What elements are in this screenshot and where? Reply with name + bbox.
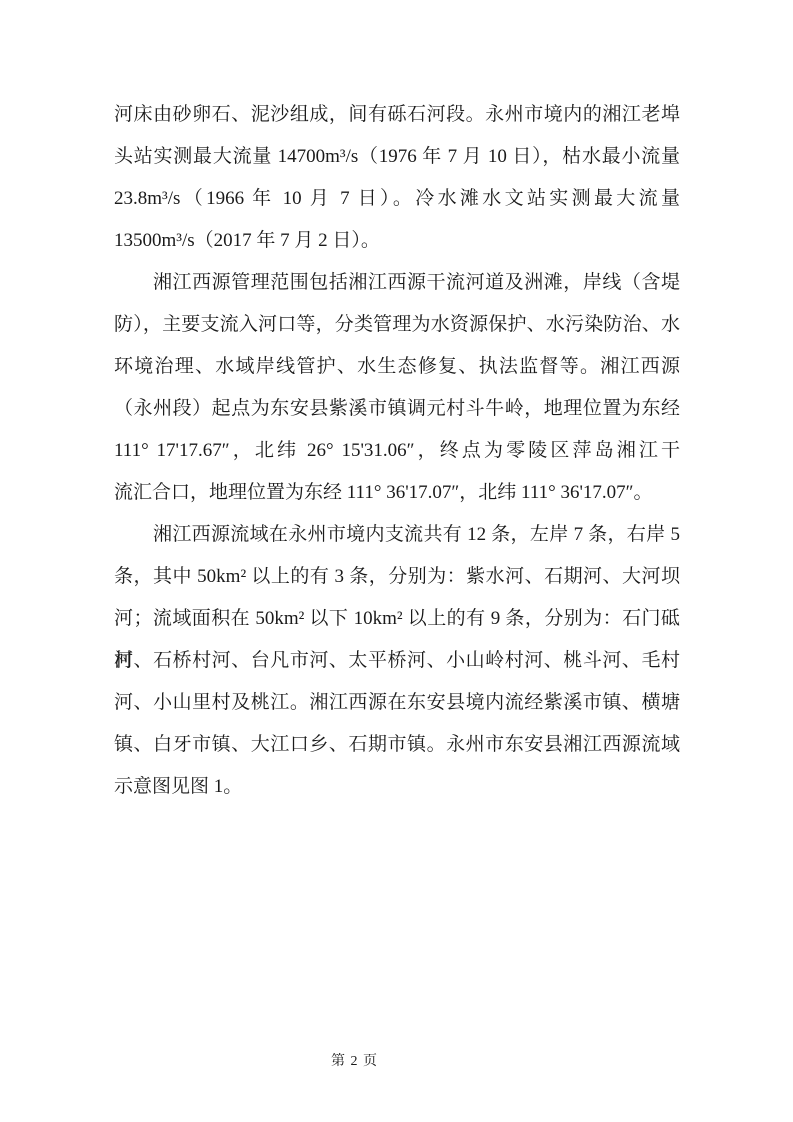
paragraph-3-line-1: 湘江西源流域在永州市境内支流共有 12 条，左岸 7 条，右岸 5: [114, 514, 680, 556]
paragraph-1-line-3: 23.8m³/s（1966 年 10 月 7 日）。冷水滩水文站实测最大流量: [114, 178, 680, 220]
paragraph-2-line-2: 防），主要支流入河口等，分类管理为水资源保护、水污染防治、水: [114, 304, 680, 346]
paragraph-2-line-1: 湘江西源管理范围包括湘江西源干流河道及洲滩，岸线（含堤: [114, 262, 680, 304]
page-number-label: 第 2 页: [331, 1050, 378, 1070]
paragraph-3-line-3: 河；流域面积在 50km² 以下 10km² 以上的有 9 条，分别为：石门砥村: [114, 598, 680, 640]
document-page: 河床由砂卵石、泥沙组成，间有砾石河段。永州市境内的湘江老埠头站实测最大流量 14…: [0, 0, 793, 1122]
page-footer: 第 2 页: [0, 1050, 793, 1070]
paragraph-2-line-6: 流汇合口，地理位置为东经 111° 36'17.07″，北纬 111° 36'1…: [114, 472, 680, 514]
paragraph-1-line-1: 河床由砂卵石、泥沙组成，间有砾石河段。永州市境内的湘江老埠: [114, 94, 680, 136]
paragraph-2-line-3: 环境治理、水域岸线管护、水生态修复、执法监督等。湘江西源: [114, 346, 680, 388]
paragraph-3-line-7: 示意图见图 1。: [114, 766, 680, 808]
paragraph-2-line-4: （永州段）起点为东安县紫溪市镇调元村斗牛岭，地理位置为东经: [114, 388, 680, 430]
paragraph-1-line-4: 13500m³/s（2017 年 7 月 2 日）。: [114, 220, 680, 262]
paragraph-1-line-2: 头站实测最大流量 14700m³/s（1976 年 7 月 10 日），枯水最小…: [114, 136, 680, 178]
paragraph-2-line-5: 111° 17'17.67″，北纬 26° 15'31.06″，终点为零陵区萍岛…: [114, 430, 680, 472]
paragraph-3-line-6: 镇、白牙市镇、大江口乡、石期市镇。永州市东安县湘江西源流域: [114, 724, 680, 766]
paragraph-3-line-4: 河、石桥村河、台凡市河、太平桥河、小山岭村河、桃斗河、毛村: [114, 640, 680, 682]
paragraph-3-line-2: 条，其中 50km² 以上的有 3 条，分别为：紫水河、石期河、大河坝: [114, 556, 680, 598]
document-body: 河床由砂卵石、泥沙组成，间有砾石河段。永州市境内的湘江老埠头站实测最大流量 14…: [114, 94, 680, 808]
paragraph-3-line-5: 河、小山里村及桃江。湘江西源在东安县境内流经紫溪市镇、横塘: [114, 682, 680, 724]
